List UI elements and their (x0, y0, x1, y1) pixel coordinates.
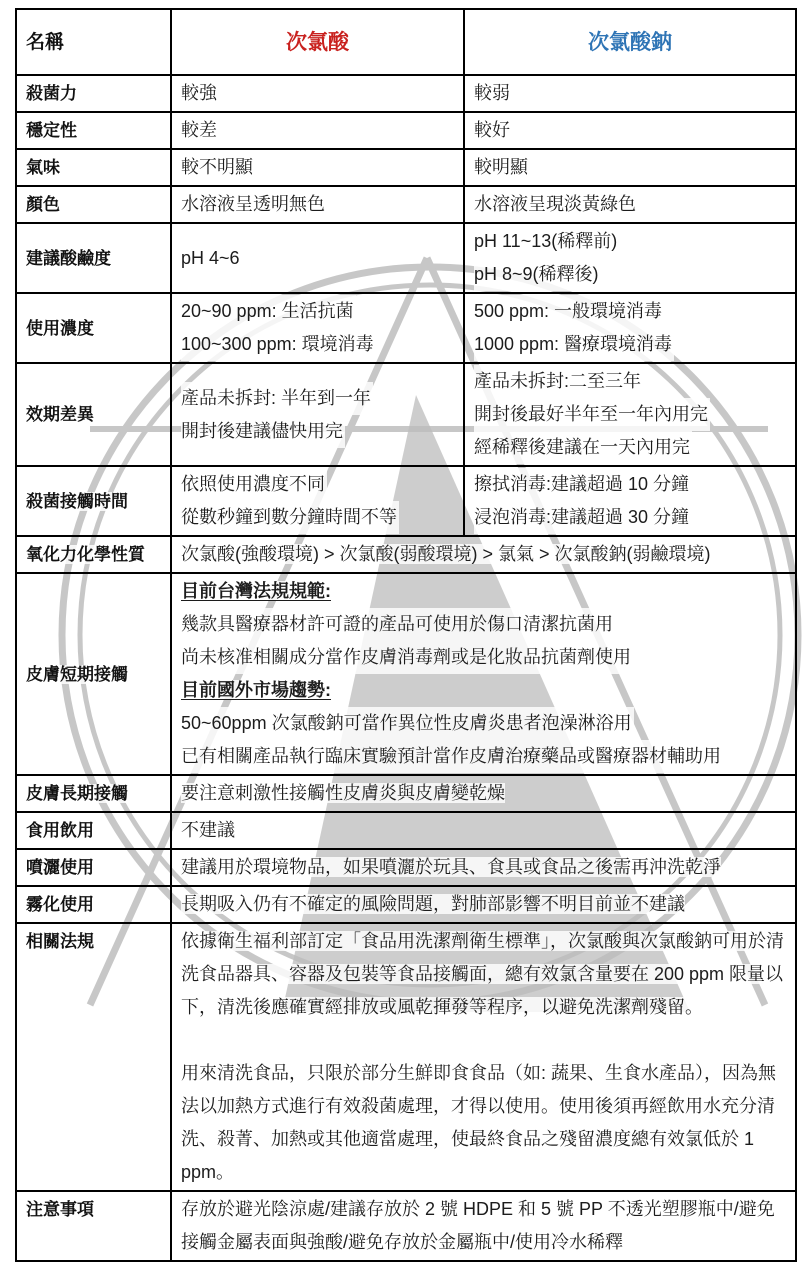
row-label: 殺菌力 (16, 75, 171, 112)
cell-hocl: 產品未拆封: 半年到一年開封後建議儘快用完 (171, 363, 464, 466)
cell-naclo: 500 ppm: 一般環境消毒1000 ppm: 醫療環境消毒 (464, 293, 796, 363)
row-label: 殺菌接觸時間 (16, 466, 171, 536)
table-row-shelf-life: 效期差異 產品未拆封: 半年到一年開封後建議儘快用完 產品未拆封:二至三年開封後… (16, 363, 796, 466)
row-label: 建議酸鹼度 (16, 223, 171, 293)
row-label: 相關法規 (16, 923, 171, 1191)
cell-hocl: 依照使用濃度不同從數秒鐘到數分鐘時間不等 (171, 466, 464, 536)
table-row-atomization-use: 霧化使用 長期吸入仍有不確定的風險問題，對肺部影響不明目前並不建議 (16, 886, 796, 923)
row-label: 霧化使用 (16, 886, 171, 923)
cell-hocl: pH 4~6 (171, 223, 464, 293)
cell-naclo: 產品未拆封:二至三年開封後最好半年至一年內用完經稀釋後建議在一天內用完 (464, 363, 796, 466)
comparison-table: 名稱 次氯酸 次氯酸鈉 殺菌力 較強 較弱 穩定性 較差 較好 氣味 較不明顯 … (15, 8, 797, 1262)
cell-hocl: 較強 (171, 75, 464, 112)
row-label: 皮膚短期接觸 (16, 573, 171, 775)
regulation-paragraph-1: 依據衛生福利部訂定「食品用洗潔劑衛生標準」，次氯酸與次氯酸鈉可用於清洗食品器具、… (181, 925, 786, 1024)
table-row-stability: 穩定性 較差 較好 (16, 112, 796, 149)
table-row-odor: 氣味 較不明顯 較明顯 (16, 149, 796, 186)
table-row-contact-time: 殺菌接觸時間 依照使用濃度不同從數秒鐘到數分鐘時間不等 擦拭消毒:建議超過 10… (16, 466, 796, 536)
cell-hocl: 水溶液呈透明無色 (171, 186, 464, 223)
row-label: 氣味 (16, 149, 171, 186)
table-row-header: 名稱 次氯酸 次氯酸鈉 (16, 9, 796, 75)
row-label: 注意事項 (16, 1191, 171, 1261)
cell-naclo: pH 11~13(稀釋前)pH 8~9(稀釋後) (464, 223, 796, 293)
row-label: 使用濃度 (16, 293, 171, 363)
cell-merged: 要注意刺激性接觸性皮膚炎與皮膚變乾燥 (171, 775, 796, 812)
table-row-color: 顏色 水溶液呈透明無色 水溶液呈現淡黃綠色 (16, 186, 796, 223)
foreign-market-lines: 50~60ppm 次氯酸鈉可當作異位性皮膚炎患者泡澡淋浴用已有相關產品執行臨床實… (181, 707, 786, 773)
table-row-ph: 建議酸鹼度 pH 4~6 pH 11~13(稀釋前)pH 8~9(稀釋後) (16, 223, 796, 293)
foreign-market-heading: 目前國外市場趨勢: (181, 674, 786, 707)
cell-merged: 長期吸入仍有不確定的風險問題，對肺部影響不明目前並不建議 (171, 886, 796, 923)
table-row-notes: 注意事項 存放於避光陰涼處/建議存放於 2 號 HDPE 和 5 號 PP 不透… (16, 1191, 796, 1261)
row-label: 效期差異 (16, 363, 171, 466)
cell-naclo: 較明顯 (464, 149, 796, 186)
cell-hocl: 較差 (171, 112, 464, 149)
table-row-skin-short-term: 皮膚短期接觸 目前台灣法規規範: 幾款具醫療器材許可證的產品可使用於傷口清潔抗菌… (16, 573, 796, 775)
taiwan-regulation-heading: 目前台灣法規規範: (181, 575, 786, 608)
row-label: 顏色 (16, 186, 171, 223)
name-label: 名稱 (16, 9, 171, 75)
regulation-paragraph-2: 用來清洗食品，只限於部分生鮮即食食品（如: 蔬果、生食水產品），因為無法以加熱方… (181, 1057, 786, 1189)
table-row-concentration: 使用濃度 20~90 ppm: 生活抗菌100~300 ppm: 環境消毒 50… (16, 293, 796, 363)
cell-merged: 依據衛生福利部訂定「食品用洗潔劑衛生標準」，次氯酸與次氯酸鈉可用於清洗食品器具、… (171, 923, 796, 1191)
cell-naclo: 水溶液呈現淡黃綠色 (464, 186, 796, 223)
taiwan-regulation-lines: 幾款具醫療器材許可證的產品可使用於傷口清潔抗菌用尚未核准相關成分當作皮膚消毒劑或… (181, 608, 786, 674)
table-row-spray-use: 噴灑使用 建議用於環境物品，如果噴灑於玩具、食具或食品之後需再沖洗乾淨 (16, 849, 796, 886)
table-row-sterilizing-power: 殺菌力 較強 較弱 (16, 75, 796, 112)
table-row-skin-long-term: 皮膚長期接觸 要注意刺激性接觸性皮膚炎與皮膚變乾燥 (16, 775, 796, 812)
cell-hocl: 較不明顯 (171, 149, 464, 186)
row-label: 氧化力化學性質 (16, 536, 171, 573)
cell-hocl: 20~90 ppm: 生活抗菌100~300 ppm: 環境消毒 (171, 293, 464, 363)
row-label: 噴灑使用 (16, 849, 171, 886)
cell-naclo: 較好 (464, 112, 796, 149)
cell-merged: 目前台灣法規規範: 幾款具醫療器材許可證的產品可使用於傷口清潔抗菌用尚未核准相關… (171, 573, 796, 775)
table-row-ingestion: 食用飲用 不建議 (16, 812, 796, 849)
table-row-regulations: 相關法規 依據衛生福利部訂定「食品用洗潔劑衛生標準」，次氯酸與次氯酸鈉可用於清洗… (16, 923, 796, 1191)
cell-merged: 存放於避光陰涼處/建議存放於 2 號 HDPE 和 5 號 PP 不透光塑膠瓶中… (171, 1191, 796, 1261)
header-hypochlorous-acid: 次氯酸 (171, 9, 464, 75)
cell-naclo: 擦拭消毒:建議超過 10 分鐘浸泡消毒:建議超過 30 分鐘 (464, 466, 796, 536)
cell-merged: 次氯酸(強酸環境) > 次氯酸(弱酸環境) > 氯氣 > 次氯酸鈉(弱鹼環境) (171, 536, 796, 573)
cell-merged: 不建議 (171, 812, 796, 849)
cell-merged: 建議用於環境物品，如果噴灑於玩具、食具或食品之後需再沖洗乾淨 (171, 849, 796, 886)
row-label: 皮膚長期接觸 (16, 775, 171, 812)
header-sodium-hypochlorite: 次氯酸鈉 (464, 9, 796, 75)
row-label: 穩定性 (16, 112, 171, 149)
cell-naclo: 較弱 (464, 75, 796, 112)
row-label: 食用飲用 (16, 812, 171, 849)
table-row-oxidation: 氧化力化學性質 次氯酸(強酸環境) > 次氯酸(弱酸環境) > 氯氣 > 次氯酸… (16, 536, 796, 573)
paragraph-spacer (181, 1024, 786, 1057)
